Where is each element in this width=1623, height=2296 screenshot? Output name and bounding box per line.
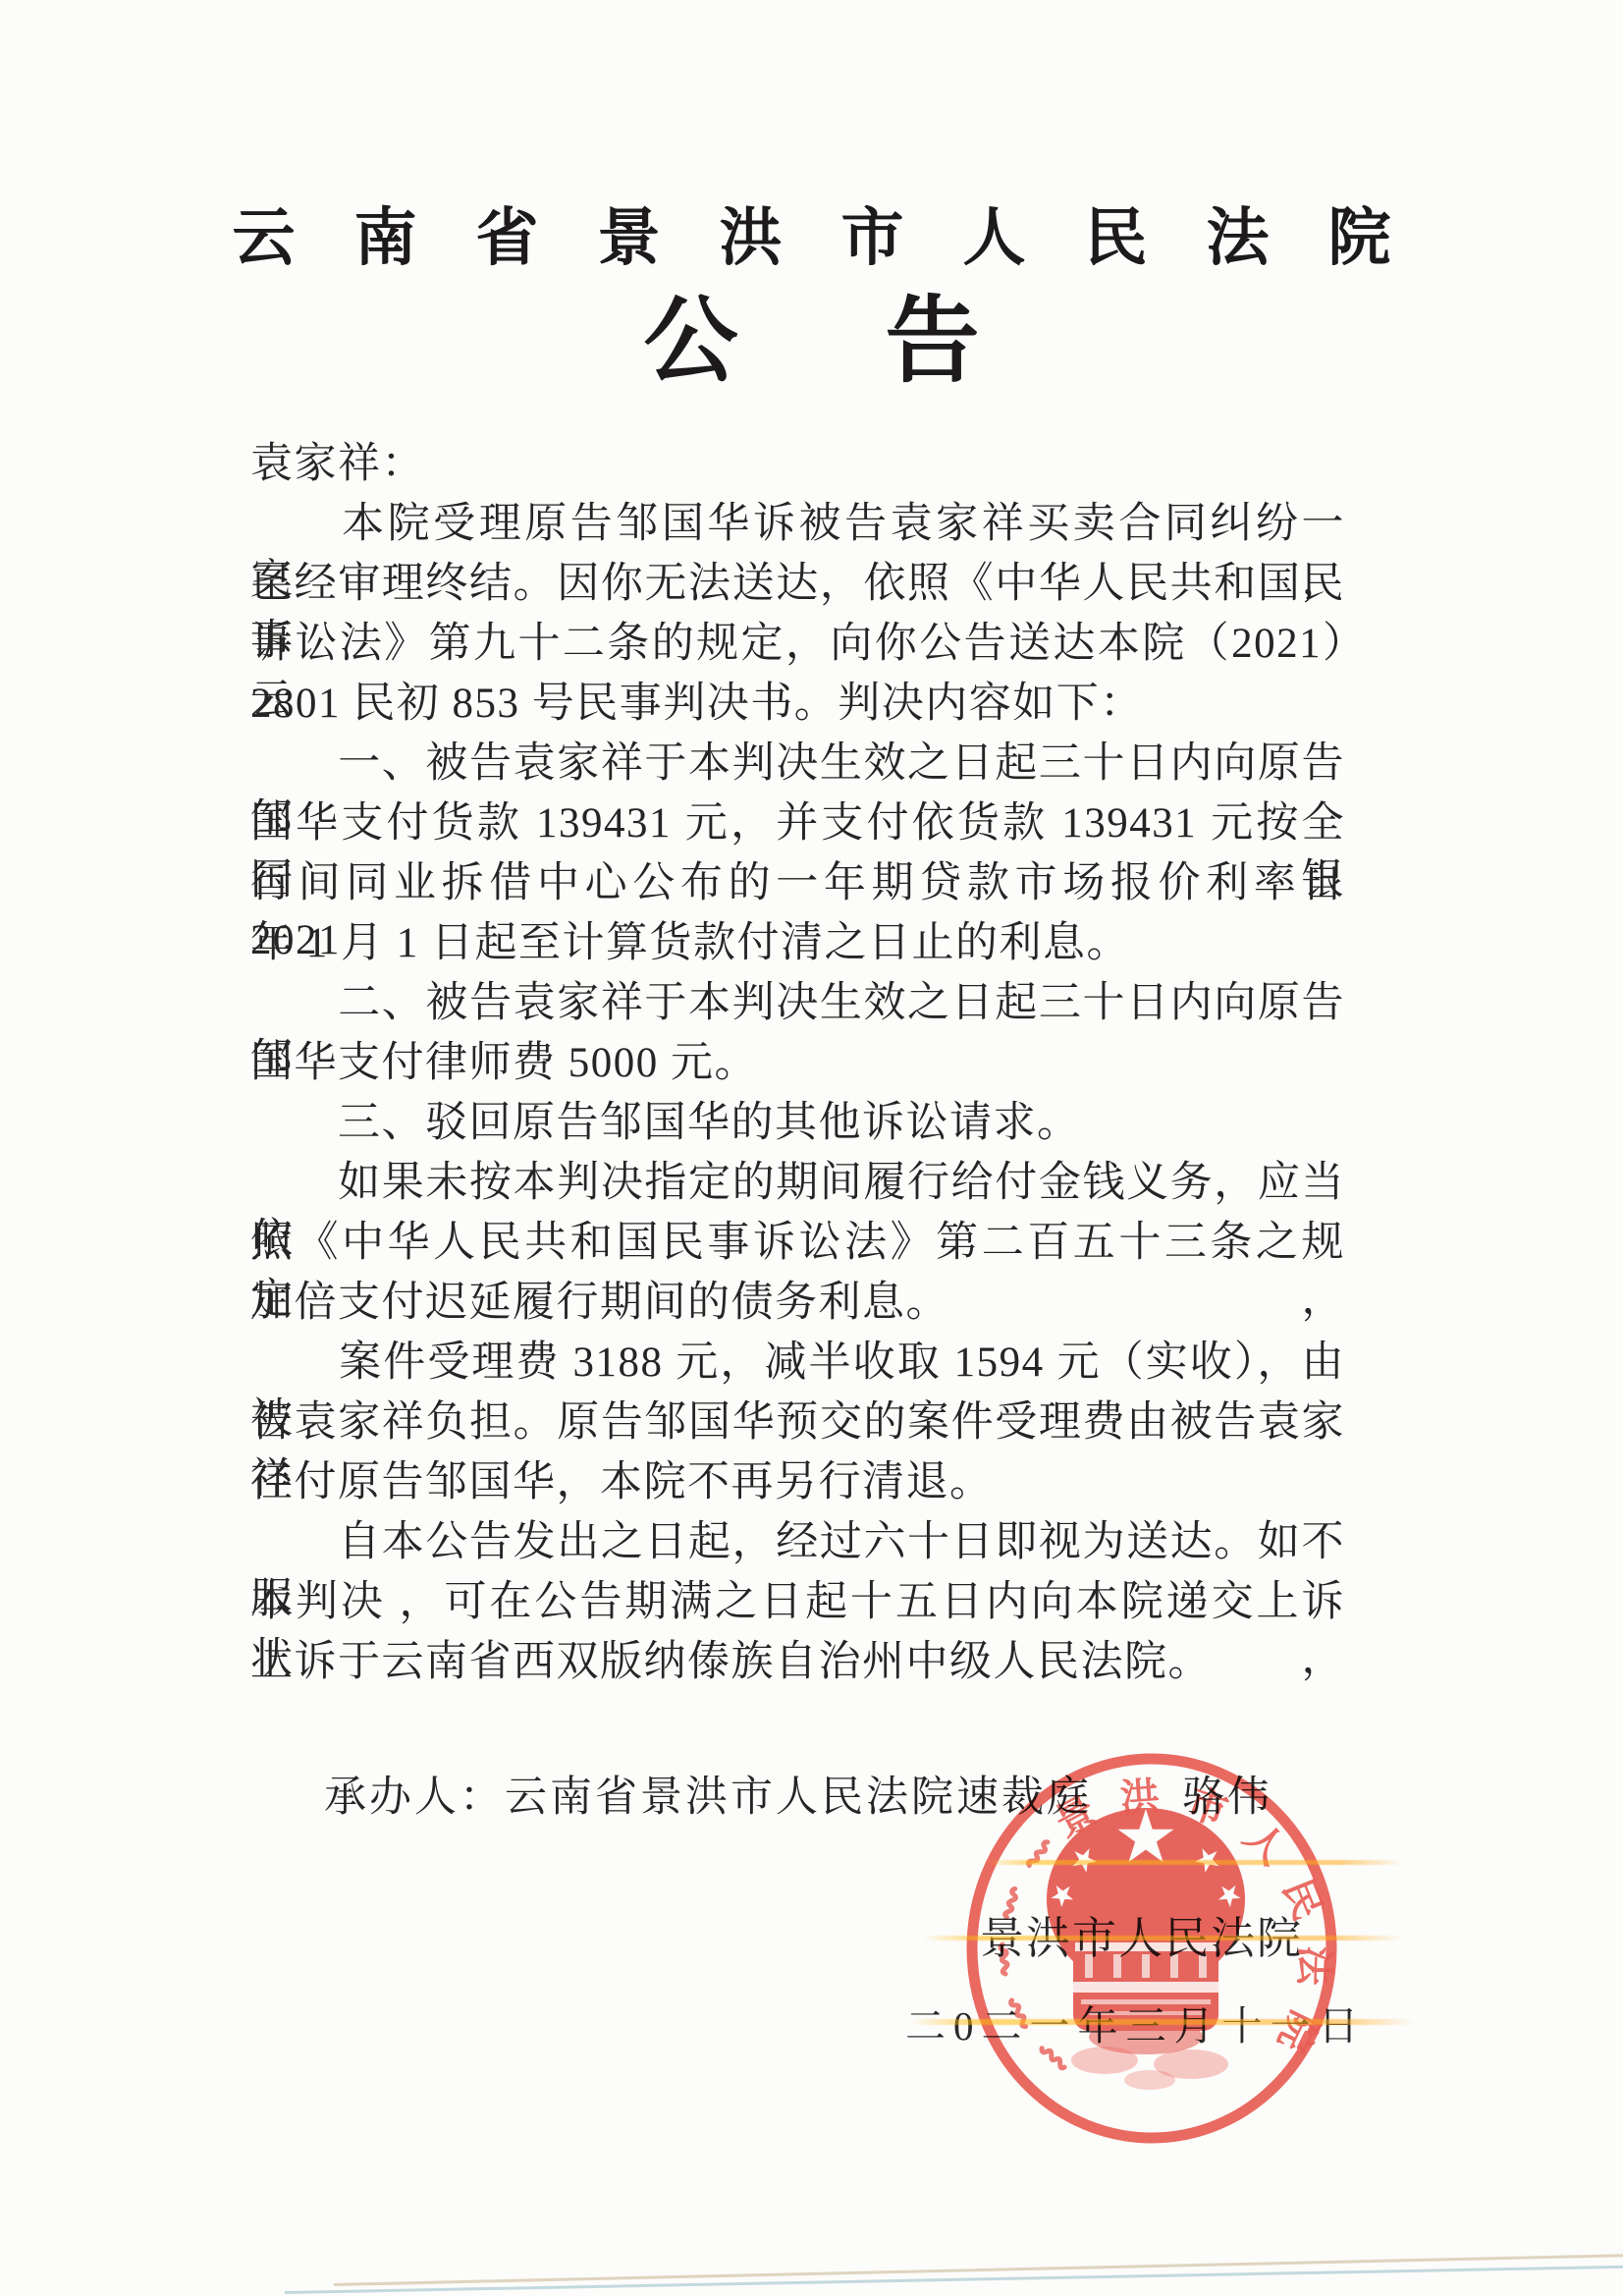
scanned-court-notice-page: 云南省景洪市人民法院 公告 袁家祥： 本院受理原告邹国华诉被告袁家祥买卖合同纠纷… [0,0,1623,2296]
body-line: 已经审理终结。因你无法送达，依照《中华人民共和国民事 [250,556,1345,616]
body-line: 诉讼法》第九十二条的规定，向你公告送达本院（2021）云 [250,616,1345,676]
body-line: 2801 民初 853 号民事判决书。判决内容如下： [250,676,1345,736]
body-line: 照《中华人民共和国民事诉讼法》第二百五十三条之规定， [250,1215,1345,1275]
svg-text:洪: 洪 [1119,1776,1162,1822]
body-line: 一、被告袁家祥于本判决生效之日起三十日内向原告邹 [250,736,1345,795]
body-line: 国华支付货款 139431 元，并支付依货款 139431 元按全国银 [250,795,1345,855]
body-line: 自本公告发出之日起，经过六十日即视为送达。如不服 [250,1514,1345,1574]
body-line: 年 1 月 1 日起至计算货款付清之日止的利息。 [250,915,1345,975]
body-line: 国华支付律师费 5000 元。 [250,1035,1345,1095]
body-line: 上诉于云南省西双版纳傣族自治州中级人民法院。 [250,1634,1345,1694]
body-line: 本判决 ，可在公告期满之日起十五日内向本院递交上诉状， [250,1574,1345,1634]
scanner-streak [982,1860,1404,1865]
scanner-streak [911,2019,1414,2025]
svg-text:法: 法 [1291,1945,1335,1988]
official-seal: 景 洪 市 人 民 法 院 [957,1750,1352,2153]
body-line: 告袁家祥负担。原告邹国华预交的案件受理费由被告袁家祥 [250,1394,1345,1454]
notice-title: 公告 [0,291,1623,393]
court-title: 云南省景洪市人民法院 [0,202,1623,273]
seal-national-emblem [1047,1808,1245,2090]
body-line: 行间同业拆借中心公布的一年期贷款市场报价利率自 2021 [250,855,1345,915]
body-line: 如果未按本判决指定的期间履行给付金钱义务，应当依 [250,1155,1345,1215]
body-line: 径付原告邹国华，本院不再另行清退。 [250,1454,1345,1514]
body-line: 三、驳回原告邹国华的其他诉讼请求。 [250,1095,1345,1155]
body-line: 本院受理原告邹国华诉被告袁家祥买卖合同纠纷一案， [250,496,1345,556]
scanner-streak [923,1936,1404,1941]
recipient-line: 袁家祥： [250,436,1345,496]
body-line: 案件受理费 3188 元，减半收取 1594 元（实收），由被 [250,1335,1345,1394]
body-line: 加倍支付迟延履行期间的债务利息。 [250,1275,1345,1335]
body-line: 二、被告袁家祥于本判决生效之日起三十日内向原告邹 [250,975,1345,1035]
